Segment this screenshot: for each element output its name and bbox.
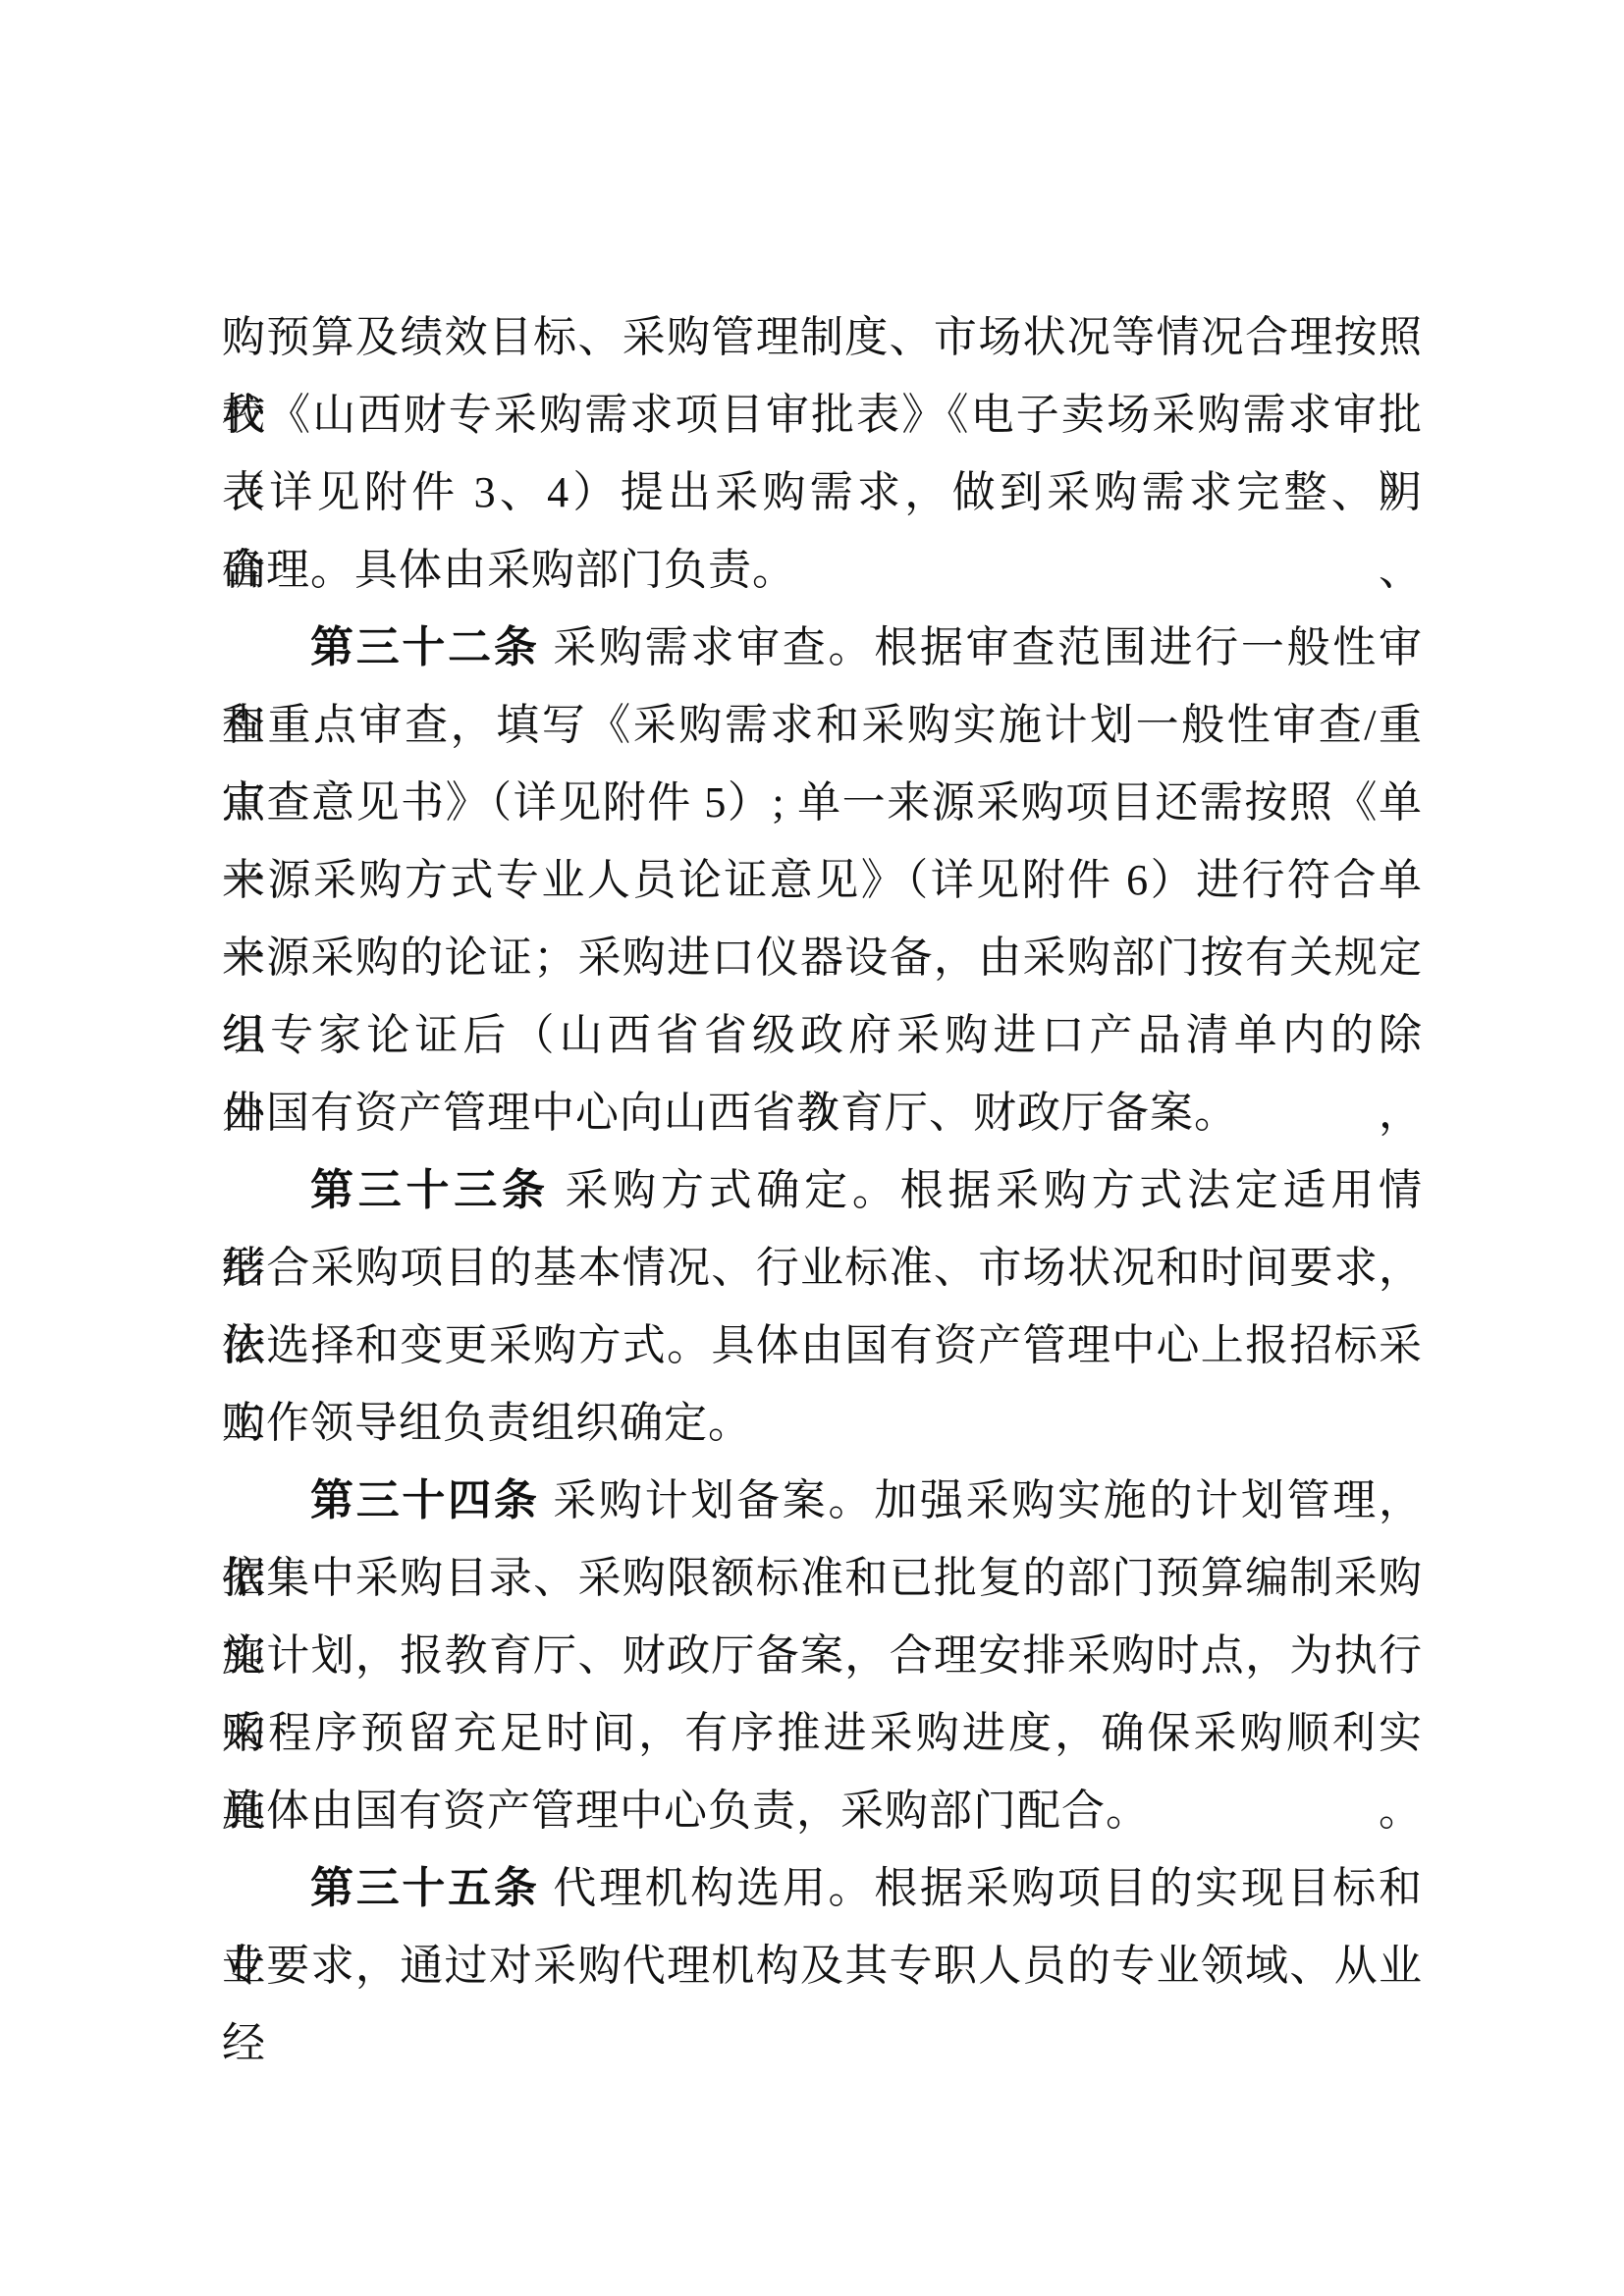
text-line: 校《山西财专采购需求项目审批表》《电子卖场采购需求审批表》	[222, 376, 1423, 454]
line-text: 合理。具体由采购部门负责。	[222, 546, 796, 594]
text-line: 织专家论证后（山西省省级政府采购进口产品清单内的除外），	[222, 996, 1423, 1074]
text-line: 第三十四条 采购计划备案。加强采购实施的计划管理，依	[222, 1462, 1423, 1539]
article-number: 第三十四条	[310, 1476, 540, 1524]
text-line: 据集中采购目录、采购限额标准和已批复的部门预算编制采购实	[222, 1539, 1423, 1617]
text-line: 来源采购方式专业人员论证意见》（详见附件 6）进行符合单一	[222, 841, 1423, 919]
line-text: 由国有资产管理中心向山西省教育厅、财政厅备案。	[222, 1089, 1238, 1137]
article-number: 第三十五条	[310, 1864, 540, 1912]
text-line: 审查意见书》（详见附件 5）; 单一来源采购项目还需按照《单一	[222, 764, 1423, 841]
text-line: 第三十二条 采购需求审查。根据审查范围进行一般性审查	[222, 609, 1423, 686]
text-line: 第三十三条 采购方式确定。根据采购方式法定适用情形，	[222, 1151, 1423, 1229]
text-line: 第三十五条 代理机构选用。根据采购项目的实现目标和专	[222, 1849, 1423, 1927]
document-page: 购预算及绩效目标、采购管理制度、市场状况等情况合理按照我校《山西财专采购需求项目…	[0, 0, 1624, 2296]
text-block: 购预算及绩效目标、采购管理制度、市场状况等情况合理按照我校《山西财专采购需求项目…	[222, 298, 1423, 2004]
text-line: 业要求，通过对采购代理机构及其专职人员的专业领域、从业经	[222, 1927, 1423, 2004]
text-line: 购程序预留充足时间，有序推进采购进度，确保采购顺利实施。	[222, 1694, 1423, 1772]
text-line: 法选择和变更采购方式。具体由国有资产管理中心上报招标采购	[222, 1307, 1423, 1384]
article-number: 第三十三条	[310, 1166, 550, 1214]
text-line: 来源采购的论证；采购进口仪器设备，由采购部门按有关规定组	[222, 919, 1423, 996]
line-text: 具体由国有资产管理中心负责，采购部门配合。	[222, 1787, 1150, 1835]
text-line: 结合采购项目的基本情况、行业标准、市场状况和时间要求，依	[222, 1229, 1423, 1307]
text-line: 工作领导组负责组织确定。	[222, 1384, 1423, 1462]
text-line: （详见附件 3、4）提出采购需求，做到采购需求完整、明确、	[222, 454, 1423, 531]
line-text: 工作领导组负责组织确定。	[222, 1399, 752, 1447]
line-text: 业要求，通过对采购代理机构及其专职人员的专业领域、从业经	[222, 1942, 1423, 2067]
text-line: 施计划，报教育厅、财政厅备案，合理安排采购时点，为执行采	[222, 1617, 1423, 1694]
text-line: 购预算及绩效目标、采购管理制度、市场状况等情况合理按照我	[222, 298, 1423, 376]
text-line: 和重点审查，填写《采购需求和采购实施计划一般性审查/重点	[222, 686, 1423, 764]
article-number: 第三十二条	[310, 623, 540, 671]
